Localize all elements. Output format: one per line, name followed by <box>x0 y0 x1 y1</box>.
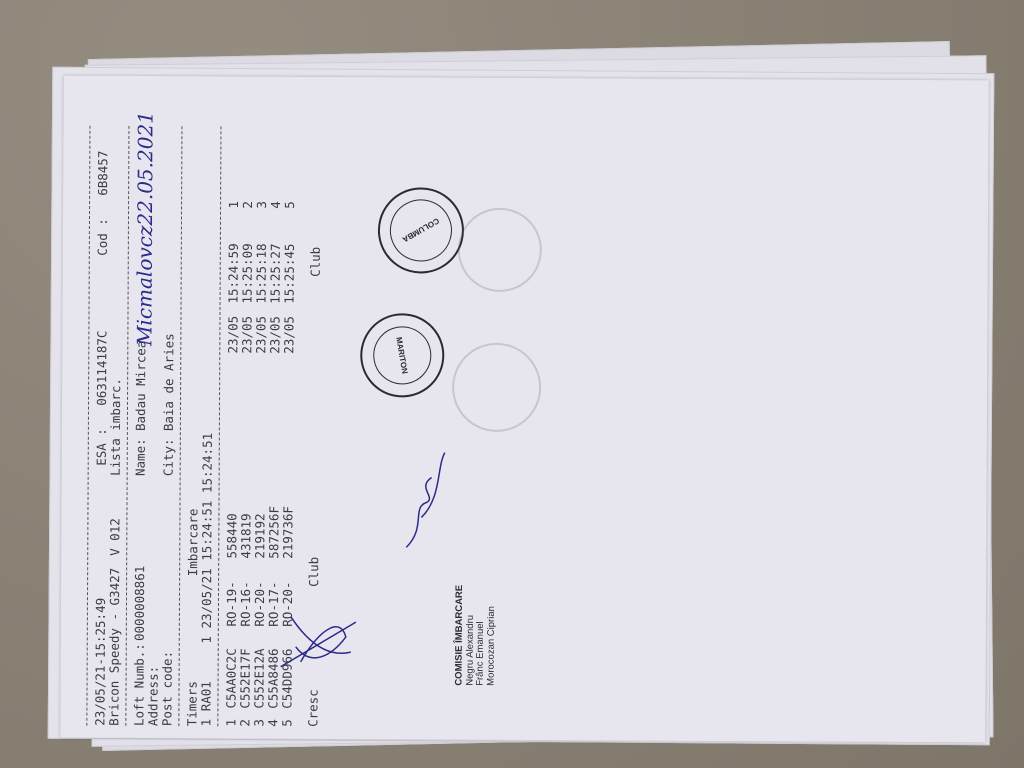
boarding-list-page: 23/05/21-15:25:49ESA :063114187CCod :6B8… <box>60 76 988 743</box>
commission-signature <box>396 447 447 557</box>
divider <box>125 126 129 726</box>
postcode-line: Post code:City:Baia de Aries <box>160 86 177 726</box>
bird-date: 23/05 <box>282 304 296 354</box>
bird-n: 5 <box>280 709 294 727</box>
device-name: Bricon Speedy - G3427 <box>107 556 122 726</box>
handwritten-date-note: Micmalovcz22.05.2021 <box>132 111 157 346</box>
version: V 012 <box>108 476 123 556</box>
divider <box>178 126 182 726</box>
postcode-label: Post code: <box>160 476 176 726</box>
cod-value: 6B8457 <box>96 151 110 196</box>
list-title: Lista imbarc. <box>109 378 124 476</box>
loft-number: 0000008861 <box>133 476 148 641</box>
name-label: Name: <box>134 431 148 476</box>
bleed-through-stamp <box>452 343 541 432</box>
bird-ring: 219736F <box>281 354 296 559</box>
commission-member: Morocozan Ciprian <box>485 606 496 686</box>
club-label: Club <box>309 247 323 277</box>
divider <box>217 126 221 726</box>
bleed-through-stamp <box>458 208 542 292</box>
divider <box>86 126 90 726</box>
bird-time: 15:25:45 <box>283 209 298 304</box>
owner-name: Badau Mircea <box>134 341 149 431</box>
city-value: Baia de Aries <box>162 333 177 431</box>
city-label: City: <box>162 431 176 476</box>
bird-idx: 5 <box>283 189 297 209</box>
timer-row: 1 RA01 1 23/05/21 15:24:51 15:24:51 <box>199 86 216 726</box>
club-label: Club <box>307 277 323 587</box>
cod-label: Cod : <box>96 196 111 256</box>
breeder-signature <box>271 607 361 677</box>
commission-block: COMISIE ÎMBARCARE Negru Alexandru Frânc … <box>455 585 498 686</box>
